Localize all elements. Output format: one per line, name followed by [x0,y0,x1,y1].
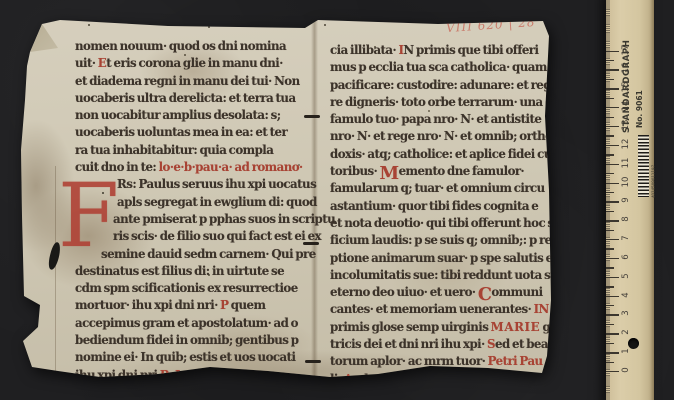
cm-label: 2 [621,325,631,339]
body-text: ohannis· [442,372,496,386]
body-text: famularum q; tuar· et omnium circu [330,181,545,195]
body-text: cantes· et memoriam uenerantes· [330,302,534,316]
manuscript-line: nomine ei· In quib; estis et uos uocati [75,349,321,366]
manuscript-line: incolumitatis sue: tibi reddunt uota sua [330,267,558,284]
body-text: N primis que tibi offeri [403,43,538,57]
body-text: emento dne famulor· [399,164,525,178]
manuscript-line: toribus· Memento dne famulor· [330,163,558,180]
half-cm-tick [606,192,614,193]
cm-tick [606,220,619,221]
manuscript-line: accepimus gram et apostolatum· ad o [75,315,321,332]
ruler-brand-text: STANDARDGRAPH [622,40,632,133]
cm-label: 5 [621,269,631,283]
cm-tick [606,258,619,259]
half-cm-tick [606,324,614,325]
half-cm-tick [606,98,614,99]
body-text: destinatus est filius di: in uirtute se [75,264,284,278]
cm-tick [606,333,619,334]
body-text: cuit dno in te: [75,160,159,174]
manuscript-line: re digneris· toto orbe terrarum· una c [330,94,558,111]
cm-tick [606,69,619,70]
cm-tick [606,51,619,52]
half-cm-tick [606,248,614,249]
manuscript-line: destinatus est filius di: in uirtute se [75,263,321,280]
manuscript-line: uit· Et eris corona glie in manu dni· [75,55,321,72]
ruling-line [55,166,56,380]
manuscript-line: et diadema regni in manu dei tui· Non [75,73,321,90]
body-text: ed et bea [495,337,548,351]
half-cm-tick [606,286,614,287]
manuscript-leaf: VIII 620 | 28 F nomen nouum· quod os dni… [18,16,554,380]
cm-label: 0 [621,363,631,377]
rubric-text: IN [534,302,549,316]
body-text: uocaberis uoluntas mea in ea: et ter [75,125,287,139]
manuscript-line: famularum q; tuar· et omnium circu [330,180,558,197]
body-text: uit· [75,56,98,70]
body-text: uocaberis ultra derelicta: et terra tua [75,91,296,105]
body-text: cdm spm scificationis ex resurrectioe [75,281,298,295]
cm-label: 7 [621,231,631,245]
manuscript-line: uocaberis uoluntas mea in ea: et ter [75,124,321,141]
body-text: li· [330,372,344,386]
manuscript-line: torum aplor· ac mrm tuor· Petri Pau [330,353,558,370]
body-text: acobi· [399,372,438,386]
manuscript-line: cantes· et memoriam uenerantes· IN [330,301,558,318]
body-text: toribus· [330,164,380,178]
body-text: apls segregat in ewglium di: quod [117,195,317,209]
cm-tick [606,183,619,184]
body-text: geni [540,320,569,334]
rubric-text: MARIE [491,320,541,334]
manuscript-leaf-wrap: VIII 620 | 28 F nomen nouum· quod os dni… [18,16,554,380]
body-text: ptione animarum suar· p spe salutis et [330,251,557,265]
half-cm-tick [606,343,614,344]
ink-specks [88,24,90,26]
half-cm-tick [606,173,614,174]
manuscript-line: mortuor· ihu xpi dni nri· P quem [75,297,321,314]
half-cm-tick [606,79,614,80]
half-cm-tick [606,267,614,268]
cm-label: 10 [621,175,631,189]
body-text: primis glose semp uirginis [330,320,491,334]
rubric-text: P [220,298,231,312]
body-text: torum aplor· ac mrm tuor· [330,354,488,368]
cm-label: 11 [621,156,631,170]
manuscript-line: doxis· atq; catholice: et aplice fidei c… [330,146,558,163]
manuscript-line: tricis dei et dni nri ihu xpi· Sed et be… [330,336,558,353]
manuscript-line: eterno deo uiuo· et uero· Communi [330,284,558,301]
half-cm-tick [606,135,614,136]
half-cm-tick [606,230,614,231]
cm-label: 12 [621,137,631,151]
manuscript-line: li· Andree· Jacobi· Johannis· Thome: [330,371,558,388]
body-text: tricis dei et dni nri ihu xpi· [330,337,487,351]
cm-tick [606,88,619,89]
rubric-text: lo·e·b·pau·a· ad romano· [159,160,303,174]
body-text: pacificare: custodire: adunare: et rege [330,78,558,92]
manuscript-line: ante pmiserat p pphas suos in scriptu [75,211,321,228]
manuscript-line: ficium laudis: p se suis q; omnib;: p re… [330,232,558,249]
manuscript-line: ptione animarum suar· p spe salutis et [330,250,558,267]
photo-of-manuscript: { "scene": { "background_color": "#1f1f2… [0,0,674,400]
manuscript-line: et nota deuotio· qui tibi offerunt hoc s… [330,215,558,232]
cm-tick [606,371,619,372]
cm-tick [606,277,619,278]
manuscript-line: astantium· quor tibi fides cognita e [330,198,558,215]
body-text: non uocabitur amplius desolata: s; [75,108,281,122]
rubric-text: S [487,337,495,351]
manuscript-line: cuit dno in te: lo·e·b·pau·a· ad romano· [75,159,321,176]
rubric-text: T [497,372,505,386]
ruler-model-text: No. 9061 [635,90,644,128]
body-text: nro· N· et rege nro· N· et omnib; ortho [330,129,553,143]
manuscript-line: cdm spm scificationis ex resurrectioe [75,280,321,297]
manuscript-line: ra tua inhabitabitur: quia compla [75,142,321,159]
body-text: cia illibata· [330,43,398,57]
body-text: astantium· quor tibi fides cognita e [330,199,538,213]
cm-tick [606,352,619,353]
body-text: ommuni [491,285,542,299]
body-text: famulo tuo· papa nro· N· et antistite [330,112,541,126]
body-text: t eris corona glie in manu dni· [106,56,283,70]
body-text: quem [231,298,266,312]
folded-corner [18,16,68,66]
cm-label: 6 [621,250,631,264]
body-text: accepimus gram et apostolatum· ad o [75,316,298,330]
manuscript-line: nomen nouum· quod os dni nomina [75,38,321,55]
half-cm-tick [606,211,614,212]
cm-label: 4 [621,288,631,302]
body-text: ficium laudis: p se suis q; omnib;: p re… [330,233,566,247]
body-text: semine dauid sedm carnem· Qui pre [101,247,316,261]
body-text: nomine ei· In quib; estis et uos uocati [75,350,295,364]
body-text: re digneris· toto orbe terrarum· una c [330,95,552,109]
body-text: bediendum fidei in omnib; gentibus p [75,333,298,347]
half-cm-tick [606,117,614,118]
manuscript-line: semine dauid sedm carnem· Qui pre [75,246,321,263]
cm-label: 8 [621,212,631,226]
body-text: ihu xpi dni nri [75,368,160,382]
half-cm-tick [606,362,614,363]
body-text: Rs: Paulus seruus ihu xpi uocatus [117,177,316,191]
body-text: et nota deuotio· qui tibi offerunt hoc s… [330,216,577,230]
rubric-text: E [98,56,106,70]
rubric-text: J [394,372,399,386]
body-text: doxis· atq; catholice: et aplice fidei c… [330,147,556,161]
cm-tick [606,296,619,297]
body-text: eterno deo uiuo· et uero· [330,285,478,299]
manuscript-line: cia illibata· IN primis que tibi offeri [330,42,558,59]
body-text: ante pmiserat p pphas suos in scriptu [113,212,335,226]
cm-tick [606,201,619,202]
cm-tick [606,126,619,127]
half-cm-tick [606,154,614,155]
ruler-hanging-hole [628,338,639,349]
manuscript-line: uocaberis ultra derelicta: et terra tua [75,90,321,107]
body-text: ndree· [352,372,393,386]
barcode-digits: 4014509011197 [651,165,656,198]
cm-label: 3 [621,306,631,320]
manuscript-line: ris scis· de filio suo qui fact est ei e… [75,228,321,245]
barcode [638,135,649,197]
body-text: ris scis· de filio suo qui fact est ei e… [113,229,321,243]
body-text: nomen nouum· quod os dni nomina [75,39,286,53]
manuscript-line: famulo tuo· papa nro· N· et antistite [330,111,558,128]
manuscript-line: mus p ecclia tua sca catholica· quam [330,59,558,76]
manuscript-line: apls segregat in ewglium di: quod [75,194,321,211]
manuscript-line: bediendum fidei in omnib; gentibus p [75,332,321,349]
body-text: mortuor· ihu xpi dni nri· [75,298,220,312]
manuscript-line: non uocabitur amplius desolata: s; [75,107,321,124]
rubric-text: Petri Pau [488,354,543,368]
manuscript-line: primis glose semp uirginis MARIE geni [330,319,558,336]
manuscript-line: ihu xpi dni nri R· Ia [75,367,321,384]
text-column-right: cia illibata· IN primis que tibi offerim… [330,42,558,388]
rubric-text: J [437,372,442,386]
cm-tick [606,145,619,146]
manuscript-line: Rs: Paulus seruus ihu xpi uocatus [75,176,321,193]
body-text: mus p ecclia tua sca catholica· quam [330,60,547,74]
body-text: ra tua inhabitabitur: quia compla [75,143,273,157]
cm-tick [606,314,619,315]
text-column-left: nomen nouum· quod os dni nominauit· Et e… [75,38,321,384]
body-text: et diadema regni in manu dei tui· Non [75,74,300,88]
half-cm-tick [606,60,614,61]
cm-tick [606,164,619,165]
body-text: incolumitatis sue: tibi reddunt uota sua [330,268,565,282]
cm-label: 9 [621,193,631,207]
cm-tick [606,239,619,240]
manuscript-line: nro· N· et rege nro· N· et omnib; ortho [330,128,558,145]
manuscript-line: pacificare: custodire: adunare: et rege [330,77,558,94]
shelfmark-inscription: VIII 620 | 28 [446,15,536,35]
cm-tick [606,107,619,108]
rubric-text: R· Ia [160,368,187,382]
body-text: home: [505,372,543,386]
half-cm-tick [606,305,614,306]
